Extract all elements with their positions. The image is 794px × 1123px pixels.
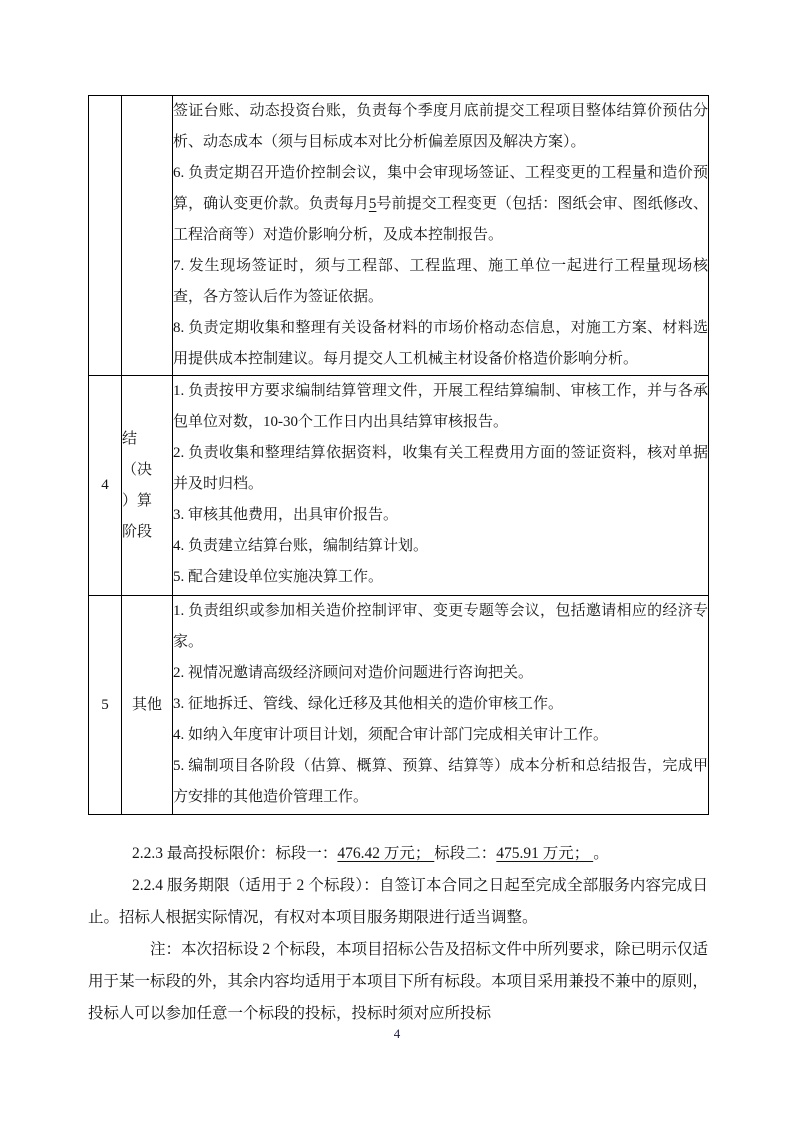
duties-cell: 1. 负责按甲方要求编制结算管理文件，开展工程结算编制、审核工作，并与各承包单位… — [173, 376, 709, 596]
phase-cell: 其他 — [122, 596, 173, 815]
duty-item: 3. 征地拆迁、管线、绿化迁移及其他相关的造价审核工作。 — [173, 689, 708, 720]
duty-item: 6. 负责定期召开造价控制会议，集中会审现场签证、工程变更的工程量和造价预算，确… — [173, 158, 708, 251]
duty-item: 4. 如纳入年度审计项目计划，须配合审计部门完成相关审计工作。 — [173, 720, 708, 751]
duty-item: 2. 负责收集和整理结算依据资料，收集有关工程费用方面的签证资料，核对单据并及时… — [173, 438, 708, 500]
table-row-other: 5 其他 1. 负责组织或参加相关造价控制评审、变更专题等会议，包括邀请相应的经… — [89, 596, 709, 815]
duty-item: 2. 视情况邀请高级经济顾问对造价问题进行咨询把关。 — [173, 658, 708, 689]
sentence-end: 。 — [593, 845, 609, 862]
duty-item: 1. 负责组织或参加相关造价控制评审、变更专题等会议，包括邀请相应的经济专家。 — [173, 596, 708, 658]
table-row-settlement: 4 结 （决 ）算 阶段 1. 负责按甲方要求编制结算管理文件，开展工程结算编制… — [89, 376, 709, 596]
duty-item: 3. 审核其他费用，出具审价报告。 — [173, 500, 708, 531]
duties-cell: 1. 负责组织或参加相关造价控制评审、变更专题等会议，包括邀请相应的经济专家。 … — [173, 596, 709, 815]
duty-item: 5. 配合建设单位实施决算工作。 — [173, 562, 708, 593]
duties-table: 签证台账、动态投资台账，负责每个季度月底前提交工程项目整体结算价预估分析、动态成… — [88, 95, 709, 815]
row-number-cell — [89, 96, 122, 376]
phase-cell: 结 （决 ）算 阶段 — [122, 376, 173, 596]
row-number-cell: 5 — [89, 596, 122, 815]
duty-item: 1. 负责按甲方要求编制结算管理文件，开展工程结算编制、审核工作，并与各承包单位… — [173, 376, 708, 438]
document-page: 签证台账、动态投资台账，负责每个季度月底前提交工程项目整体结算价预估分析、动态成… — [0, 0, 794, 1123]
body-text: 2.2.3 最高投标限价：标段一：476.42 万元； 标段二：475.91 万… — [88, 838, 708, 1030]
page-number: 4 — [0, 1026, 794, 1042]
duty-item: 5. 编制项目各阶段（估算、概算、预算、结算等）成本分析和总结报告，完成甲方安排… — [173, 751, 708, 813]
max-bid-price-lot2: 475.91 万元； — [496, 845, 593, 862]
duty-item: 4. 负责建立结算台账，编制结算计划。 — [173, 531, 708, 562]
max-bid-price-lot1: 476.42 万元； — [337, 845, 434, 862]
table-row-continued: 签证台账、动态投资台账，负责每个季度月底前提交工程项目整体结算价预估分析、动态成… — [89, 96, 709, 376]
duty-item: 8. 负责定期收集和整理有关设备材料的市场价格动态信息，对施工方案、材料选用提供… — [173, 313, 708, 375]
paragraph-service-period: 2.2.4 服务期限（适用于 2 个标段）：自签订本合同之日起至完成全部服务内容… — [88, 870, 708, 934]
duty-item: 签证台账、动态投资台账，负责每个季度月底前提交工程项目整体结算价预估分析、动态成… — [173, 96, 708, 158]
paragraph-max-bid-price: 2.2.3 最高投标限价：标段一：476.42 万元； 标段二：475.91 万… — [88, 838, 708, 870]
lot2-label: 标段二： — [434, 845, 496, 862]
duty-item: 7. 发生现场签证时，须与工程部、工程监理、施工单位一起进行工程量现场核查，各方… — [173, 251, 708, 313]
row-number-cell: 4 — [89, 376, 122, 596]
duties-cell: 签证台账、动态投资台账，负责每个季度月底前提交工程项目整体结算价预估分析、动态成… — [173, 96, 709, 376]
paragraph-note: 注：本次招标设 2 个标段，本项目招标公告及招标文件中所列要求，除已明示仅适用于… — [88, 934, 708, 1030]
max-bid-price-label: 2.2.3 最高投标限价：标段一： — [132, 845, 337, 862]
phase-cell — [122, 96, 173, 376]
